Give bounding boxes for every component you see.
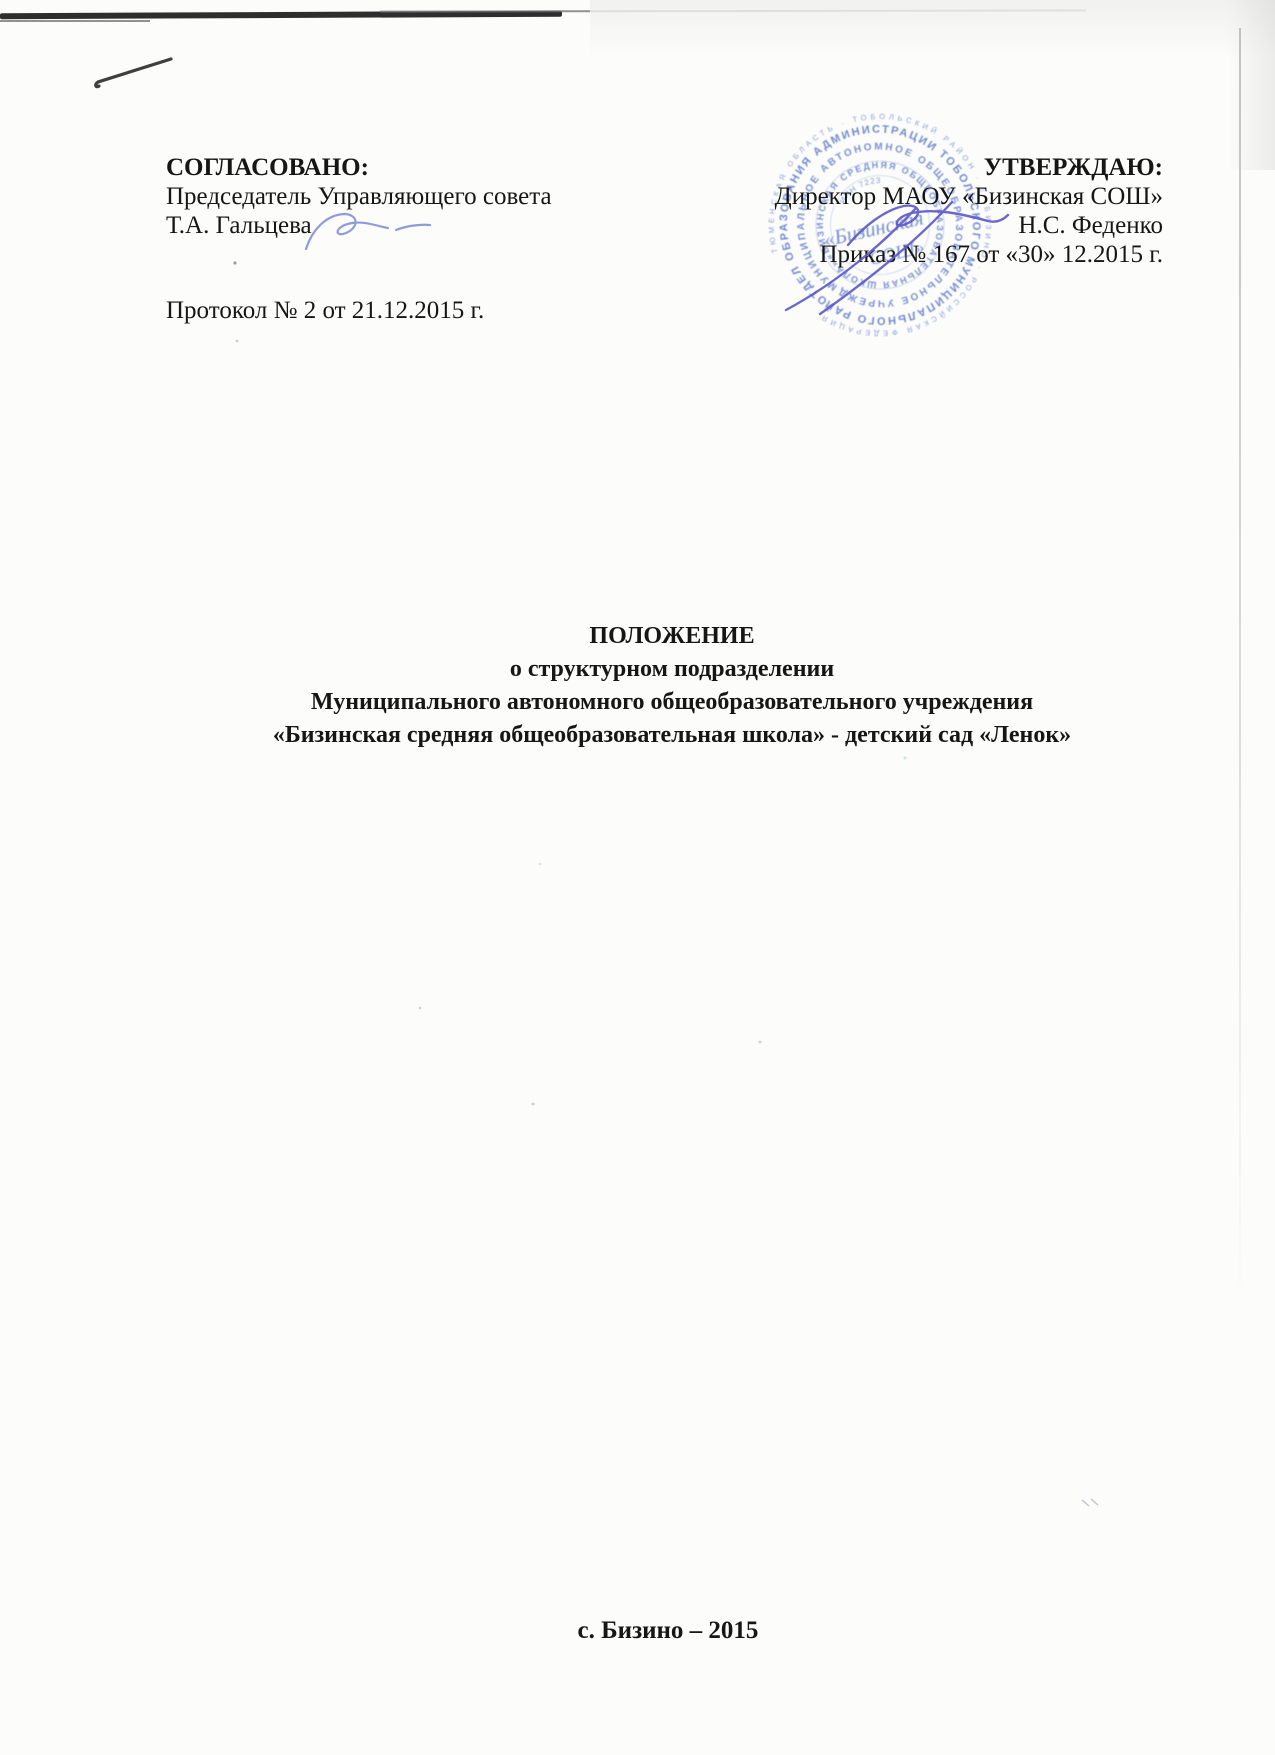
pen-mark-top-left xyxy=(96,59,171,87)
scanned-document-page: ТЮМЕНСКАЯ ОБЛАСТЬ · ТОБОЛЬСКИЙ РАЙОН · с… xyxy=(0,0,1275,1755)
scan-shading-top xyxy=(590,0,1275,58)
title-line-3: Муниципального автономного общеобразоват… xyxy=(145,686,1199,719)
agreed-label: СОГЛАСОВАНО: xyxy=(166,153,552,182)
approved-role: Директор МАОУ «Бизинская СОШ» xyxy=(775,182,1163,211)
approved-name: Н.С. Феденко xyxy=(775,211,1163,240)
approved-block: УТВЕРЖДАЮ: Директор МАОУ «Бизинская СОШ»… xyxy=(775,153,1163,269)
scan-artifact-top-line-left xyxy=(0,20,150,22)
title-line-2: о структурном подразделении xyxy=(145,653,1199,686)
agreed-name: Т.А. Гальцева xyxy=(166,211,552,240)
approved-order: Приказ № 167 от «30» 12.2015 г. xyxy=(775,240,1163,269)
title-line-4: «Бизинская средняя общеобразовательная ш… xyxy=(145,719,1199,752)
document-title-block: ПОЛОЖЕНИЕ о структурном подразделении Му… xyxy=(145,620,1199,752)
approved-label: УТВЕРЖДАЮ: xyxy=(775,153,1163,182)
scan-mark-bottom-right xyxy=(1082,1499,1098,1506)
protocol-line: Протокол № 2 от 21.12.2015 г. xyxy=(166,296,484,325)
title-line-1: ПОЛОЖЕНИЕ xyxy=(145,620,1199,653)
agreed-block: СОГЛАСОВАНО: Председатель Управляющего с… xyxy=(166,153,552,240)
scan-shading-corner xyxy=(1227,0,1275,170)
footer-place-year: с. Бизино – 2015 xyxy=(141,1617,1195,1645)
agreed-role: Председатель Управляющего совета xyxy=(166,182,552,211)
scan-page-edge-line xyxy=(1239,28,1241,1308)
